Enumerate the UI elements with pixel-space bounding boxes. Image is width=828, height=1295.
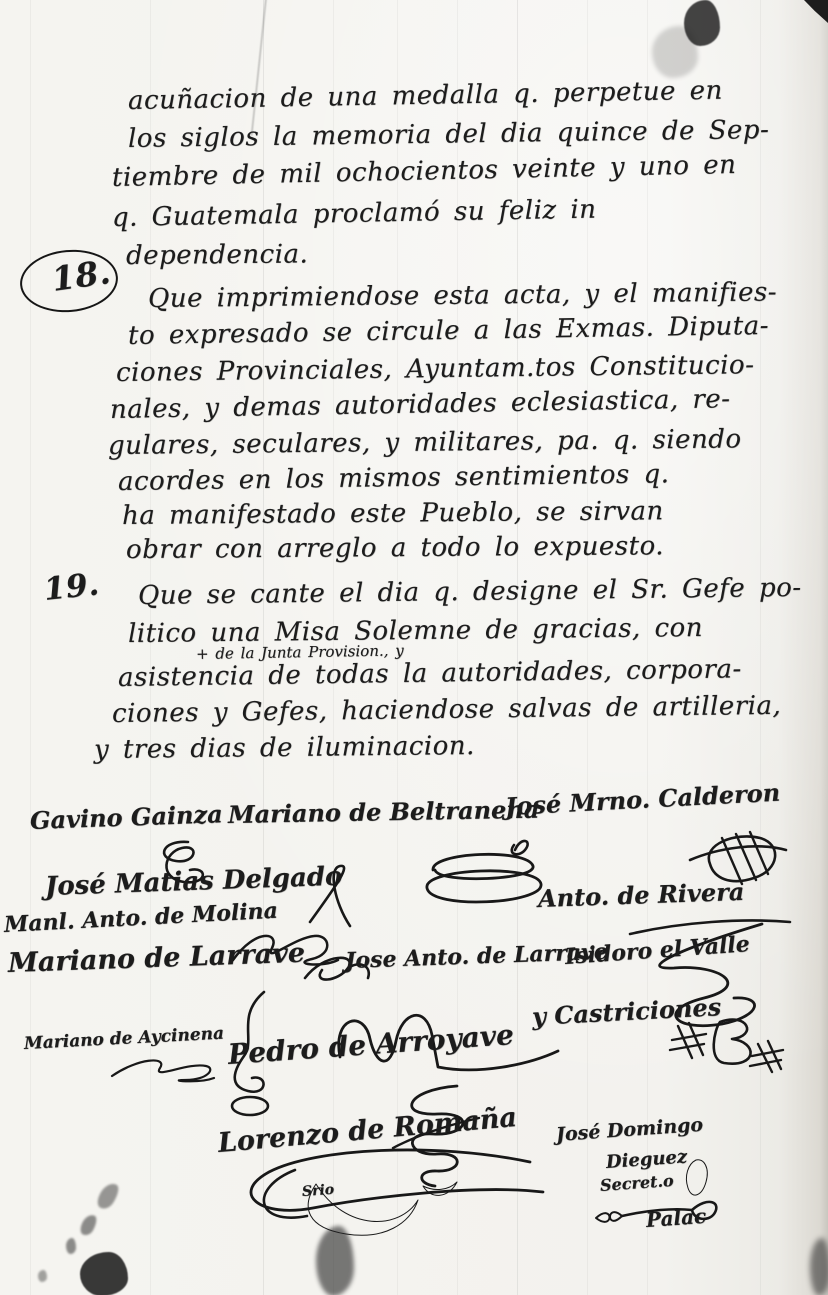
smudge-bottom-left-2 bbox=[78, 1212, 100, 1238]
ink-smear-top bbox=[652, 26, 698, 78]
signature-gainza: Gavino Gainza bbox=[29, 799, 223, 835]
text-line: dependencia. bbox=[126, 239, 308, 271]
text-line: q. Guatemala proclamó su feliz in bbox=[112, 195, 597, 233]
crease-line bbox=[251, 0, 268, 136]
signature-palac: Palac bbox=[645, 1204, 707, 1232]
text-line: y tres dias de iluminacion. bbox=[94, 731, 475, 765]
smudge-bottom-center bbox=[316, 1226, 354, 1295]
fold-line bbox=[760, 0, 761, 1295]
ink-blob-bottom-left bbox=[80, 1252, 128, 1295]
rubric-aycinena bbox=[108, 1052, 218, 1087]
signature-beltranena: Mariano de Beltranena bbox=[228, 795, 540, 829]
text-line: acuñacion de una medalla q. perpetue en bbox=[128, 76, 723, 116]
text-line: Que se cante el dia q. designe el Sr. Ge… bbox=[138, 573, 802, 611]
fold-line bbox=[30, 0, 31, 1295]
rubric-castriciones-hash bbox=[662, 1012, 787, 1080]
rubric-romana-crescent bbox=[288, 1182, 428, 1240]
text-line: to expresado se circule a las Exmas. Dip… bbox=[128, 311, 769, 351]
fold-line bbox=[647, 0, 648, 1295]
text-line: Que imprimiendose esta acta, y el manifi… bbox=[148, 277, 777, 314]
text-line: ciones y Gefes, haciendose salvas de art… bbox=[112, 691, 782, 729]
signature-rivera: Anto. de Rivera bbox=[537, 877, 744, 913]
smudge-bottom-left-3 bbox=[66, 1238, 76, 1254]
smudge-bottom-left-4 bbox=[38, 1270, 47, 1282]
text-line: obrar con arreglo a todo lo expuesto. bbox=[126, 531, 664, 565]
rubric-beltranena bbox=[415, 836, 550, 914]
text-line: ciones Provinciales, Ayuntam.tos Constit… bbox=[116, 350, 755, 388]
smudge-bottom-left-1 bbox=[94, 1180, 122, 1212]
article-number: 18. bbox=[49, 252, 113, 299]
text-line: ha manifestado este Pueblo, se sirvan bbox=[122, 496, 664, 531]
corner-tear-mark bbox=[798, 0, 828, 27]
article-number: 19. bbox=[42, 566, 101, 608]
text-line: los siglos la memoria del dia quince de … bbox=[128, 115, 770, 154]
fold-line bbox=[517, 0, 518, 1295]
text-line: tiembre de mil ochocientos veinte y uno … bbox=[112, 150, 737, 193]
text-line: litico una Misa Solemne de gracias, con bbox=[128, 613, 703, 649]
signature-delgado: José Matias Delgado bbox=[44, 862, 342, 902]
shadow-bottom-right bbox=[810, 1238, 828, 1295]
signature-aycinena: Mariano de Aycinena bbox=[23, 1024, 224, 1054]
signature-calderon: José Mrno. Calderon bbox=[504, 778, 781, 821]
signature-dieguez-line1: José Domingo bbox=[555, 1114, 703, 1146]
manuscript-page: acuñacion de una medalla q. perpetue en … bbox=[0, 0, 828, 1295]
text-line: nales, y demas autoridades eclesiastica,… bbox=[110, 384, 731, 425]
